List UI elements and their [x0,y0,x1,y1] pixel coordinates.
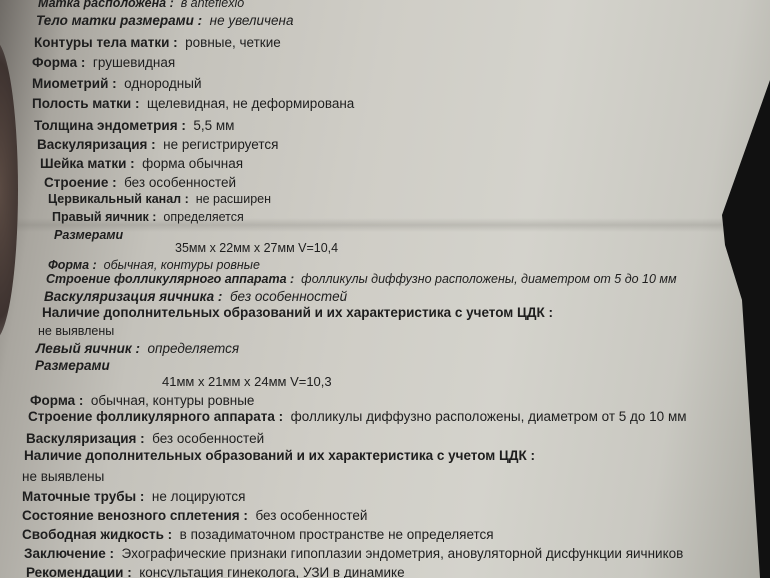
report-line: Миометрий : однородный [32,76,202,91]
field-value: в позадиматочном пространстве не определ… [180,527,494,542]
report-line: Состояние венозного сплетения : без особ… [22,508,367,523]
field-label: Шейка матки : [40,156,135,171]
report-line: 41мм х 21мм х 24мм V=10,3 [162,374,332,389]
field-value: без особенностей [152,431,264,446]
report-line: Контуры тела матки : ровные, четкие [34,35,281,50]
field-label: Состояние венозного сплетения : [22,508,248,523]
field-value: фолликулы диффузно расположены, диаметро… [301,272,676,286]
report-line: 35мм х 22мм х 27мм V=10,4 [175,241,338,255]
report-line: Правый яичник : определяется [52,210,244,224]
report-line: не выявлены [38,324,114,338]
field-label: Толщина эндометрия : [34,118,186,133]
field-label: Васкуляризация яичника : [44,289,222,304]
field-value: не выявлены [22,469,104,484]
field-value: не регистрируется [163,137,278,152]
report-line: Васкуляризация : без особенностей [26,431,264,446]
field-value: консультация гинеколога, УЗИ в динамике [139,565,404,578]
report-line: Толщина эндометрия : 5,5 мм [34,118,234,133]
field-value: обычная, контуры ровные [91,393,255,408]
report-line: Шейка матки : форма обычная [40,156,243,171]
field-value: грушевидная [93,55,175,70]
report-line: Полость матки : щелевидная, не деформиро… [32,96,354,111]
field-value: не лоцируются [152,489,246,504]
field-label: Форма : [48,258,97,272]
field-label: Матка расположена : [38,0,174,10]
field-value: без особенностей [124,175,236,190]
field-label: Строение фолликулярного аппарата : [46,272,294,286]
report-line: Рекомендации : консультация гинеколога, … [26,565,405,578]
report-line: Левый яичник : определяется [36,341,239,356]
field-label: Форма : [32,55,85,70]
field-label: Контуры тела матки : [34,35,178,50]
field-label: Строение : [44,175,117,190]
field-value: не расширен [196,192,271,206]
field-label: Миометрий : [32,76,117,91]
report-line: Маточные трубы : не лоцируются [22,489,245,504]
field-value: не выявлены [38,324,114,338]
field-value: определяется [163,210,243,224]
field-value: щелевидная, не деформирована [147,96,354,111]
field-value: однородный [124,76,201,91]
report-line: Васкуляризация яичника : без особенносте… [44,289,347,304]
field-value: без особенностей [230,289,347,304]
field-label: Строение фолликулярного аппарата : [28,409,283,424]
field-value: 35мм х 22мм х 27мм V=10,4 [175,241,338,255]
report-line: Тело матки размерами : не увеличена [36,13,293,28]
report-line: Цервикальный канал : не расширен [48,192,271,206]
field-label: Цервикальный канал : [48,192,189,206]
field-value: не увеличена [210,13,294,28]
report-line: не выявлены [22,469,104,484]
field-value: форма обычная [142,156,243,171]
field-label: Левый яичник : [36,341,140,356]
field-label: Васкуляризация : [26,431,145,446]
report-line: Размерами [35,358,117,373]
field-label: Форма : [30,393,83,408]
report-line: Форма : обычная, контуры ровные [48,258,260,272]
field-label: Полость матки : [32,96,139,111]
field-value: 41мм х 21мм х 24мм V=10,3 [162,374,332,389]
report-line: Свободная жидкость : в позадиматочном пр… [22,527,494,542]
field-label: Размерами [35,358,110,373]
field-value: ровные, четкие [185,35,281,50]
report-line: Наличие дополнительных образований и их … [42,305,561,320]
report-line: Форма : обычная, контуры ровные [30,393,254,408]
field-label: Правый яичник : [52,210,156,224]
report-line: Наличие дополнительных образований и их … [24,448,543,463]
report-line: Размерами [54,228,130,242]
field-label: Васкуляризация : [37,137,156,152]
field-label: Наличие дополнительных образований и их … [42,305,553,320]
report-line: Заключение : Эхографические признаки гип… [24,546,683,561]
field-value: фолликулы диффузно расположены, диаметро… [291,409,687,424]
field-value: 5,5 мм [193,118,234,133]
field-value: в anteflexio [181,0,245,10]
report-line: Строение фолликулярного аппарата : фолли… [28,409,687,424]
report-line: Форма : грушевидная [32,55,175,70]
report-line: Васкуляризация : не регистрируется [37,137,278,152]
field-value: обычная, контуры ровные [104,258,260,272]
field-label: Тело матки размерами : [36,13,202,28]
field-value: определяется [148,341,240,356]
field-value: Эхографические признаки гипоплазии эндом… [122,546,684,561]
field-value: без особенностей [255,508,367,523]
field-label: Наличие дополнительных образований и их … [24,448,535,463]
report-line: Строение : без особенностей [44,175,236,190]
field-label: Свободная жидкость : [22,527,172,542]
report-line: Строение фолликулярного аппарата : фолли… [46,272,677,286]
field-label: Маточные трубы : [22,489,144,504]
report-line: Матка расположена : в anteflexio [38,0,244,10]
field-label: Рекомендации : [26,565,132,578]
field-label: Размерами [54,228,123,242]
field-label: Заключение : [24,546,114,561]
